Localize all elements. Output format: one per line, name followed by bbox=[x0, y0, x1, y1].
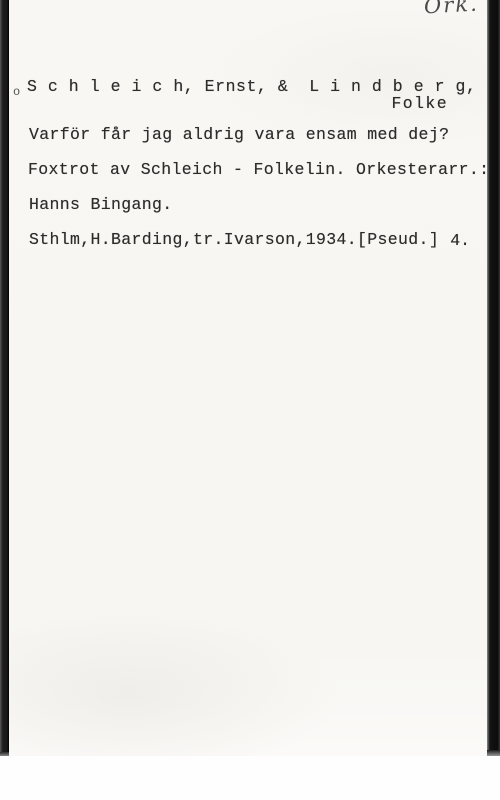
handwritten-note-ork: Ork. bbox=[424, 0, 480, 18]
scan-bottom-margin bbox=[0, 756, 500, 800]
catalog-card-paper: Ork. o S c h l e i c h, Ernst, & L i n d… bbox=[9, 0, 487, 756]
work-title: Varför får jag aldrig vara ensam med dej… bbox=[29, 126, 449, 144]
scanned-catalog-card: Ork. o S c h l e i c h, Ernst, & L i n d… bbox=[0, 0, 500, 800]
heading-composer-firstname: Folke bbox=[391, 95, 448, 113]
arranger-name: Hanns Bingang. bbox=[29, 196, 173, 214]
scan-edge-left bbox=[0, 0, 9, 752]
plate-number: 4. bbox=[450, 231, 470, 250]
imprint-line: Sthlm,H.Barding,tr.Ivarson,1934.[Pseud.] bbox=[29, 231, 439, 249]
work-description: Foxtrot av Schleich - Folkelin. Orkester… bbox=[28, 161, 489, 179]
ring-check-mark: o bbox=[13, 85, 20, 99]
scan-edge-right bbox=[487, 0, 500, 750]
